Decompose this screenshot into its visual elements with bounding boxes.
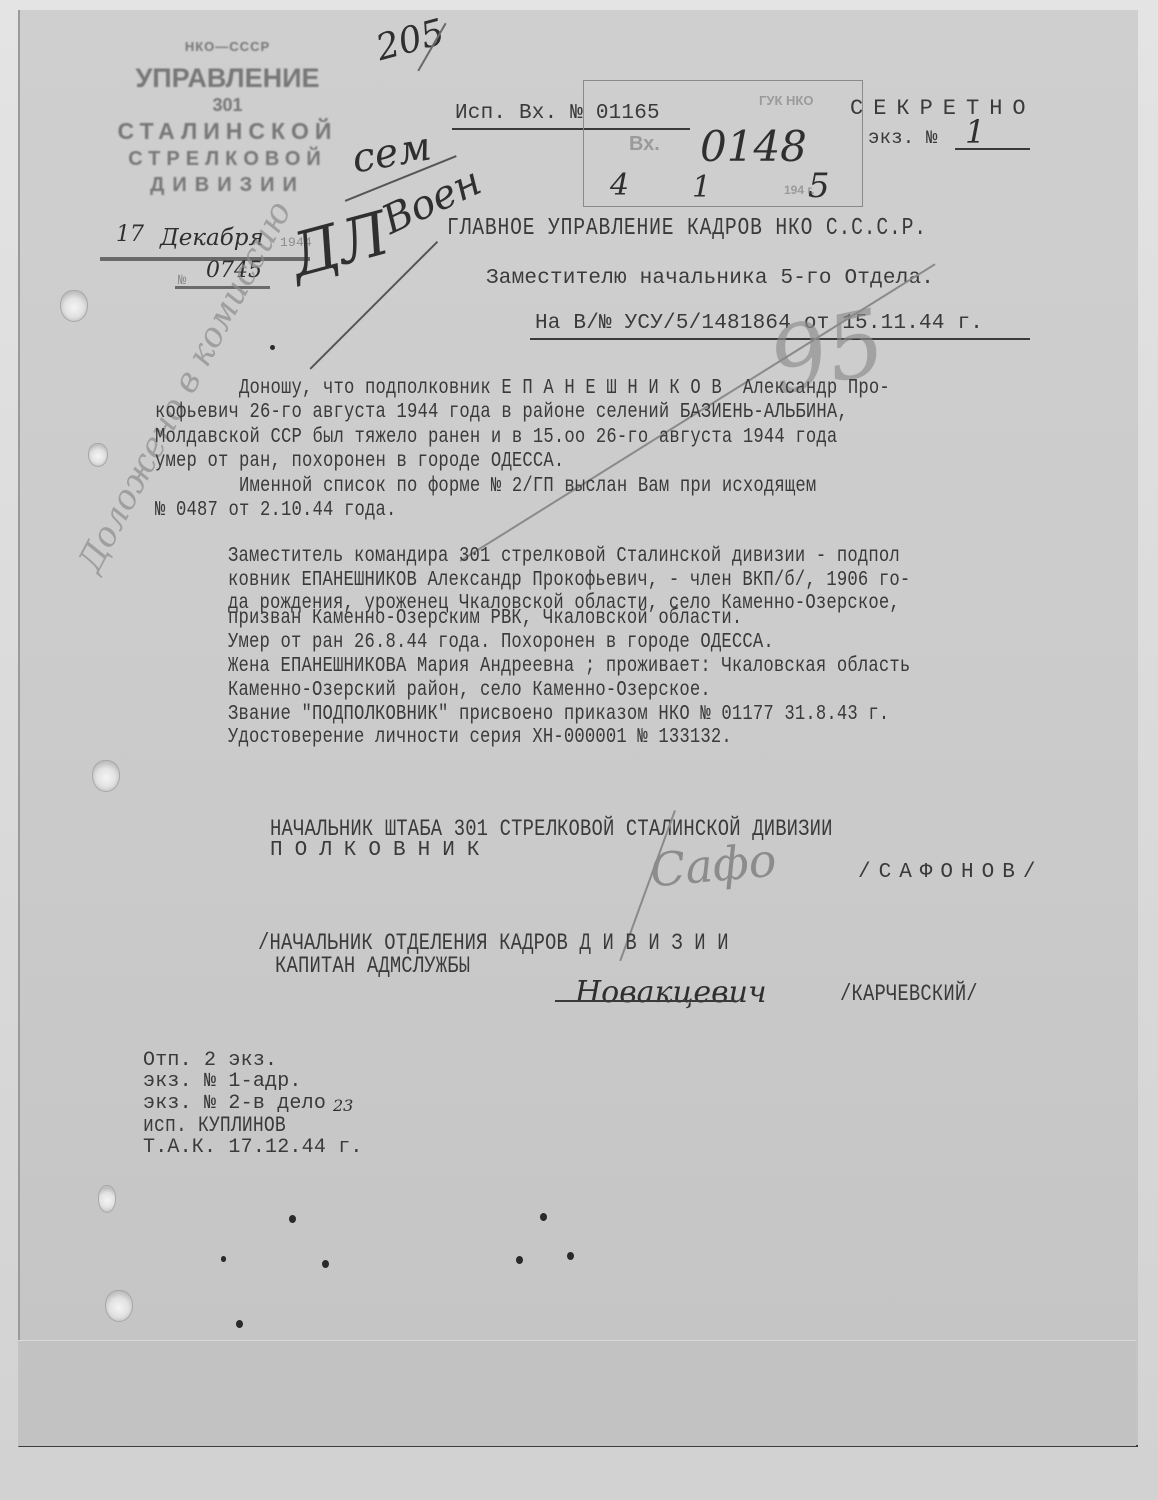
footer-line: экз. № 2-в дело [143,1093,326,1115]
details-line: Заместитель командира 301 стрелковой Ста… [228,546,900,568]
stamp-line-4: СТАЛИНСКОЙ [110,120,345,143]
stamp-line-3: 301 [110,96,345,114]
registration-year: 5 [808,166,830,206]
body-line: Доношу, что подполковник Е П А Н Е Ш Н И… [155,378,890,400]
copy-label: экз. № [868,127,938,149]
stamp-line-6: ДИВИЗИИ [110,175,345,195]
details-line: Звание "ПОДПОЛКОВНИК" присвоено приказом… [228,704,889,726]
punch-hole [105,1290,133,1322]
stamp-date-day: 17 [116,222,144,247]
details-line: Каменно-Озерский район, село Каменно-Озе… [228,680,711,702]
stamp-line-2: УПРАВЛЕНИЕ [110,65,345,92]
reference-line: На В/№ УСУ/5/1481864 от 15.11.44 г. [535,313,983,335]
details-line: Жена ЕПАНЕШНИКОВА Мария Андреевна ; прож… [228,656,910,678]
personnel-chief-title: /НАЧАЛЬНИК ОТДЕЛЕНИЯ КАДРОВ Д И В И З И … [258,932,729,954]
details-line: призван Каменно-Озерским РВК, Чкаловской… [228,608,742,630]
addressee-organization: ГЛАВНОЕ УПРАВЛЕНИЕ КАДРОВ НКО С.С.С.Р. [447,218,927,240]
ink-speck [270,345,275,350]
chief-of-staff-name: /САФОНОВ/ [858,862,1043,884]
division-stamp: НКО—СССР УПРАВЛЕНИЕ 301 СТАЛИНСКОЙ СТРЕЛ… [110,40,345,195]
addressee-recipient: Заместителю начальника 5-го Отдела. [486,268,934,290]
ink-speck [540,1213,547,1221]
copy-number: 1 [965,113,985,151]
footer-line: экз. № 1-адр. [143,1071,302,1093]
personnel-chief-signature: Новакцевич [575,975,767,1010]
punch-hole [60,290,88,322]
body-line: кофьевич 26-го августа 1944 года в район… [155,402,848,424]
chief-of-staff-signature: Сафо [648,833,779,898]
body-line: № 0487 от 2.10.44 года. [155,500,396,522]
personnel-chief-name: /КАРЧЕВСКИЙ/ [840,983,978,1005]
stamp-date-underline [100,257,310,261]
classification-secret: СЕКРЕТНО [850,98,1036,120]
body-line: Именной список по форме № 2/ГП выслан Ва… [155,476,816,498]
chief-of-staff-rank: ПОЛКОВНИК [270,840,491,862]
personnel-chief-rank: КАПИТАН АДМСЛУЖБЫ [275,955,470,977]
punch-hole [92,760,120,792]
registration-day: 4 [610,168,629,203]
underlying-sheet [18,1340,1136,1446]
ink-speck [236,1320,243,1328]
details-line: Удостоверение личности серия ХН-000001 №… [228,727,732,749]
details-line: Умер от ран 26.8.44 года. Похоронен в го… [228,632,774,654]
footer-line: Отп. 2 экз. [143,1050,277,1072]
ink-speck [322,1260,329,1268]
registration-number: 0148 [700,122,807,171]
signature-underline [555,1000,735,1002]
body-line: умер от ран, похоронен в городе ОДЕССА. [155,451,564,473]
stamp-line-1: НКО—СССР [110,40,345,53]
ink-speck [289,1215,296,1223]
punch-hole [98,1185,116,1213]
ink-speck [567,1252,574,1260]
registration-month: 1 [692,170,711,205]
ink-speck [221,1256,226,1262]
punch-hole [88,443,108,467]
registration-box-in-label: Вх. [629,133,660,156]
footer-line: исп. КУПЛИНОВ [143,1115,286,1137]
details-line: ковник ЕПАНЕШНИКОВ Александр Прокофьевич… [228,570,910,592]
body-line: Молдавской ССР был тяжело ранен и в 15.о… [155,427,837,449]
footer-line: Т.А.К. 17.12.44 г. [143,1137,363,1159]
ink-speck [516,1256,523,1264]
copy-number-underline [955,148,1030,150]
registration-box-top-label: ГУК НКО [759,93,813,108]
delo-number: 23 [333,1096,353,1115]
stamp-line-5: СТРЕЛКОВОЙ [110,149,345,169]
